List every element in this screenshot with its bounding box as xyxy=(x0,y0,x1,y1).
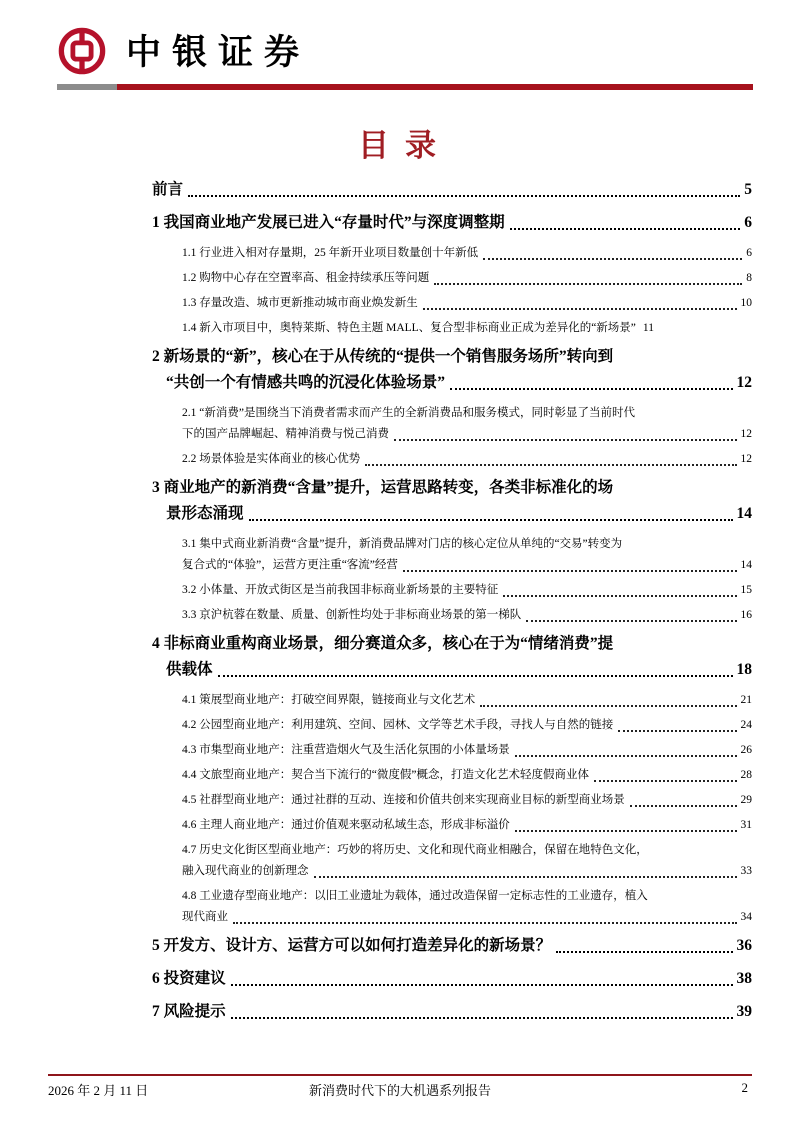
toc-entry[interactable]: 1.3 存量改造、城市更新推动城市商业焕发新生 10 xyxy=(182,293,752,314)
toc-page-number: 34 xyxy=(741,907,753,928)
toc-entry[interactable]: 3.3 京沪杭蓉在数量、质量、创新性均处于非标商业场景的第一梯队 16 xyxy=(182,605,752,626)
toc-leader-dots xyxy=(249,519,733,521)
toc-leader-dots xyxy=(510,228,741,230)
toc-entry[interactable]: 2 新场景的“新”，核心在于从传统的“提供一个销售服务场所”转向到 “共创一个有… xyxy=(152,344,752,396)
toc-leader-dots xyxy=(480,705,736,707)
toc-page-number: 5 xyxy=(744,177,752,203)
toc-page-number: 15 xyxy=(741,580,753,601)
footer-report-title: 新消费时代下的大机遇系列报告 xyxy=(48,1080,752,1099)
toc-entry[interactable]: 前言 5 xyxy=(152,177,752,203)
toc-entry-text: 7 风险提示 xyxy=(152,999,226,1025)
toc-entry-text: 融入现代商业的创新理念 xyxy=(182,861,309,882)
toc-leader-dots xyxy=(394,439,737,441)
toc-page-number: 6 xyxy=(746,243,752,264)
toc-page-number: 39 xyxy=(737,999,753,1025)
toc-entry-text: 6 投资建议 xyxy=(152,966,226,992)
toc-entry-text: 复合式的“体验”，运营方更注重“客流”经营 xyxy=(182,555,398,576)
toc-entry-text: 5 开发方、设计方、运营方可以如何打造差异化的新场景？ xyxy=(152,933,551,959)
brand-name: 中银证券 xyxy=(126,33,310,70)
toc-entry[interactable]: 4.1 策展型商业地产：打破空间界限，链接商业与文化艺术 21 xyxy=(182,690,752,711)
toc-page-number: 14 xyxy=(737,501,753,527)
toc-page-number: 29 xyxy=(741,790,753,811)
toc-leader-dots xyxy=(231,1017,733,1019)
toc-entry-text: 4.3 市集型商业地产：注重营造烟火气及生活化氛围的小体量场景 xyxy=(182,740,510,761)
toc-entry[interactable]: 4 非标商业重构商业场景，细分赛道众多，核心在于为“情绪消费”提 供载体 18 xyxy=(152,631,752,683)
toc-entry-text: 供载体 xyxy=(166,657,213,683)
toc-entry-text: 4.4 文旅型商业地产：契合当下流行的“微度假”概念，打造文化艺术轻度假商业体 xyxy=(182,765,589,786)
toc-entry-text: 1.2 购物中心存在空置率高、租金持续承压等问题 xyxy=(182,268,429,289)
toc-leader-dots xyxy=(231,984,733,986)
header-divider-gray-segment xyxy=(57,84,117,90)
toc-entry-text: 1.1 行业进入相对存量期，25 年新开业项目数量创十年新低 xyxy=(182,243,478,264)
toc-page-number: 16 xyxy=(741,605,753,626)
report-header: 中银证券 xyxy=(58,24,754,78)
toc-leader-dots xyxy=(423,308,737,310)
toc-leader-dots xyxy=(526,620,736,622)
footer-page-number: 2 xyxy=(742,1080,749,1096)
toc-leader-dots xyxy=(503,595,736,597)
toc-entry[interactable]: 4.4 文旅型商业地产：契合当下流行的“微度假”概念，打造文化艺术轻度假商业体 … xyxy=(182,765,752,786)
report-footer: 2026 年 2 月 11 日 新消费时代下的大机遇系列报告 2 xyxy=(48,1080,752,1100)
toc-leader-dots xyxy=(314,876,737,878)
toc-entry-text: 3.3 京沪杭蓉在数量、质量、创新性均处于非标商业场景的第一梯队 xyxy=(182,605,521,626)
toc-leader-dots xyxy=(515,830,737,832)
toc-page-number: 11 xyxy=(643,318,654,339)
toc-entry-text: 景形态涌现 xyxy=(166,501,244,527)
header-divider xyxy=(57,84,753,90)
toc-page-number: 28 xyxy=(741,765,753,786)
toc-entry-line: 3.1 集中式商业新消费“含量”提升，新消费品牌对门店的核心定位从单纯的“交易”… xyxy=(182,534,752,555)
toc-page-number: 10 xyxy=(741,293,753,314)
toc-page-number: 36 xyxy=(737,933,753,959)
toc-entry[interactable]: 2.2 场景体验是实体商业的核心优势 12 xyxy=(182,449,752,470)
toc-entry-text: 1.3 存量改造、城市更新推动城市商业焕发新生 xyxy=(182,293,418,314)
toc-entry[interactable]: 1.2 购物中心存在空置率高、租金持续承压等问题 8 xyxy=(182,268,752,289)
toc-leader-dots xyxy=(515,755,737,757)
toc-entry-line: 4.7 历史文化街区型商业地产：巧妙的将历史、文化和现代商业相融合，保留在地特色… xyxy=(182,840,752,861)
toc-leader-dots xyxy=(630,805,737,807)
toc-entry[interactable]: 3 商业地产的新消费“含量”提升，运营思路转变，各类非标准化的场 景形态涌现 1… xyxy=(152,475,752,527)
header-divider-red-segment xyxy=(117,84,753,90)
toc-page-number: 14 xyxy=(741,555,753,576)
toc-leader-dots xyxy=(365,464,736,466)
toc-page-number: 21 xyxy=(741,690,753,711)
toc-leader-dots xyxy=(434,283,742,285)
toc-leader-dots xyxy=(403,570,737,572)
toc-entry[interactable]: 4.5 社群型商业地产：通过社群的互动、连接和价值共创来实现商业目标的新型商业场… xyxy=(182,790,752,811)
toc-entry-text: “共创一个有情感共鸣的沉浸化体验场景” xyxy=(166,370,445,396)
toc-leader-dots xyxy=(218,675,733,677)
toc-entry[interactable]: 5 开发方、设计方、运营方可以如何打造差异化的新场景？ 36 xyxy=(152,933,752,959)
toc-page-number: 12 xyxy=(741,449,753,470)
toc-leader-dots xyxy=(618,730,736,732)
footer-divider xyxy=(48,1074,752,1076)
toc-page-number: 18 xyxy=(737,657,753,683)
toc-entry[interactable]: 7 风险提示 39 xyxy=(152,999,752,1025)
document-page: 中银证券 目录 前言 5 1 我国商业地产发展已进入“存量时代”与深度调整期 6 xyxy=(0,0,794,1123)
toc-title: 目录 xyxy=(0,120,794,165)
toc-leader-dots xyxy=(594,780,737,782)
toc-entry[interactable]: 1 我国商业地产发展已进入“存量时代”与深度调整期 6 xyxy=(152,210,752,236)
toc-leader-dots xyxy=(556,951,732,953)
toc-entry-text: 前言 xyxy=(152,177,183,203)
toc-entry[interactable]: 3.2 小体量、开放式街区是当前我国非标商业新场景的主要特征 15 xyxy=(182,580,752,601)
toc-entry-text: 4.1 策展型商业地产：打破空间界限，链接商业与文化艺术 xyxy=(182,690,475,711)
toc-entry-line: 2.1 “新消费”是围绕当下消费者需求而产生的全新消费品和服务模式，同时彰显了当… xyxy=(182,403,752,424)
toc-entry[interactable]: 4.3 市集型商业地产：注重营造烟火气及生活化氛围的小体量场景 26 xyxy=(182,740,752,761)
toc-entry-text: 1.4 新入市项目中，奥特莱斯、特色主题 MALL、复合型非标商业正成为差异化的… xyxy=(182,318,636,339)
toc-entry-line: 4.8 工业遗存型商业地产：以旧工业遗址为载体，通过改造保留一定标志性的工业遗存… xyxy=(182,886,752,907)
boc-coin-logo-icon xyxy=(58,27,106,75)
toc-page-number: 26 xyxy=(741,740,753,761)
toc-entry[interactable]: 1.4 新入市项目中，奥特莱斯、特色主题 MALL、复合型非标商业正成为差异化的… xyxy=(182,318,752,339)
toc-entry-text: 2.2 场景体验是实体商业的核心优势 xyxy=(182,449,360,470)
toc-entry[interactable]: 2.1 “新消费”是围绕当下消费者需求而产生的全新消费品和服务模式，同时彰显了当… xyxy=(182,403,752,445)
toc-leader-dots xyxy=(188,195,740,197)
toc-entry-text: 4.6 主理人商业地产：通过价值观来驱动私域生态，形成非标溢价 xyxy=(182,815,510,836)
toc-entry-text: 4.2 公园型商业地产：利用建筑、空间、园林、文学等艺术手段，寻找人与自然的链接 xyxy=(182,715,613,736)
table-of-contents: 前言 5 1 我国商业地产发展已进入“存量时代”与深度调整期 6 1.1 行业进… xyxy=(152,172,752,1032)
toc-leader-dots xyxy=(233,922,737,924)
toc-page-number: 38 xyxy=(737,966,753,992)
toc-page-number: 31 xyxy=(741,815,753,836)
toc-entry-text: 下的国产品牌崛起、精神消费与悦己消费 xyxy=(182,424,389,445)
toc-entry-text: 现代商业 xyxy=(182,907,228,928)
toc-page-number: 12 xyxy=(737,370,753,396)
toc-leader-dots xyxy=(450,388,732,390)
toc-entry[interactable]: 4.6 主理人商业地产：通过价值观来驱动私域生态，形成非标溢价 31 xyxy=(182,815,752,836)
toc-entry[interactable]: 3.1 集中式商业新消费“含量”提升，新消费品牌对门店的核心定位从单纯的“交易”… xyxy=(182,534,752,576)
toc-entry-line: 2 新场景的“新”，核心在于从传统的“提供一个销售服务场所”转向到 xyxy=(152,344,752,370)
toc-page-number: 8 xyxy=(746,268,752,289)
toc-page-number: 33 xyxy=(741,861,753,882)
toc-page-number: 12 xyxy=(741,424,753,445)
toc-leader-dots xyxy=(483,258,742,260)
toc-entry[interactable]: 4.2 公园型商业地产：利用建筑、空间、园林、文学等艺术手段，寻找人与自然的链接… xyxy=(182,715,752,736)
toc-entry[interactable]: 4.8 工业遗存型商业地产：以旧工业遗址为载体，通过改造保留一定标志性的工业遗存… xyxy=(182,886,752,928)
toc-entry-line: 4 非标商业重构商业场景，细分赛道众多，核心在于为“情绪消费”提 xyxy=(152,631,752,657)
toc-page-number: 24 xyxy=(741,715,753,736)
toc-entry-text: 4.5 社群型商业地产：通过社群的互动、连接和价值共创来实现商业目标的新型商业场… xyxy=(182,790,625,811)
toc-entry[interactable]: 1.1 行业进入相对存量期，25 年新开业项目数量创十年新低 6 xyxy=(182,243,752,264)
toc-entry-line: 3 商业地产的新消费“含量”提升，运营思路转变，各类非标准化的场 xyxy=(152,475,752,501)
toc-entry-text: 1 我国商业地产发展已进入“存量时代”与深度调整期 xyxy=(152,210,505,236)
toc-page-number: 6 xyxy=(744,210,752,236)
toc-entry[interactable]: 6 投资建议 38 xyxy=(152,966,752,992)
toc-entry[interactable]: 4.7 历史文化街区型商业地产：巧妙的将历史、文化和现代商业相融合，保留在地特色… xyxy=(182,840,752,882)
toc-entry-text: 3.2 小体量、开放式街区是当前我国非标商业新场景的主要特征 xyxy=(182,580,498,601)
